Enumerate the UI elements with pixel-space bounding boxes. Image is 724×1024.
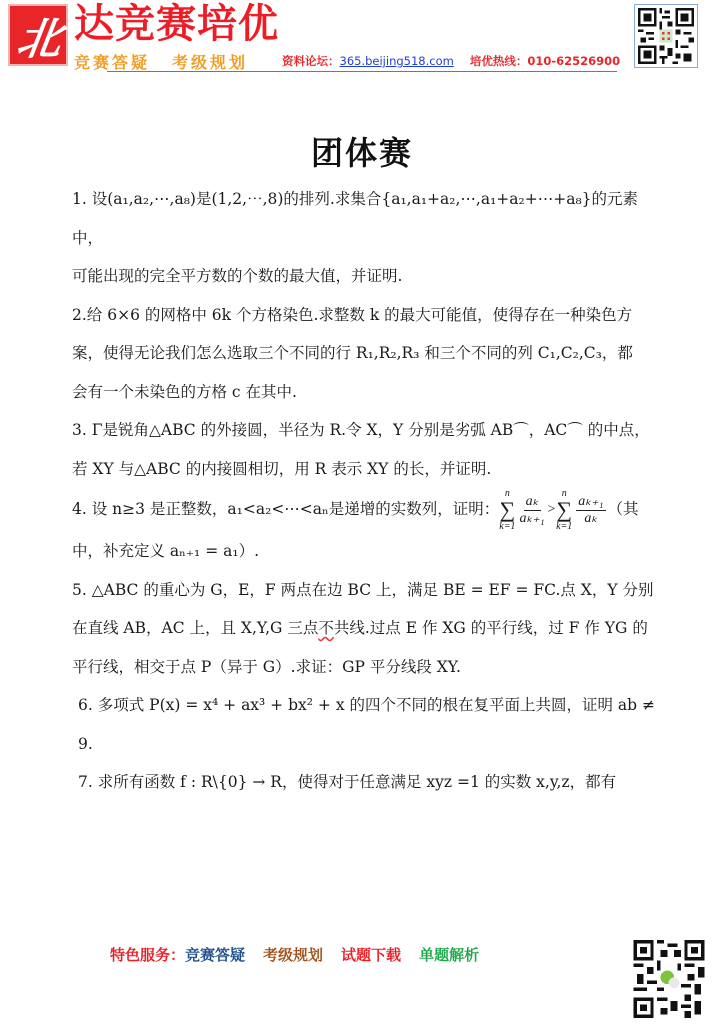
problem-list: 1. 设(a₁,a₂,⋯,a₈)是(1,2,⋯,8)的排列.求集合{a₁,a₁+… xyxy=(72,180,662,802)
tagline-right: 考级规划 xyxy=(172,53,248,72)
problem-2: 2.给 6×6 的网格中 6k 个方格染色.求整数 k 的最大可能值，使得存在一… xyxy=(72,296,662,412)
problem-number: 3. xyxy=(72,421,87,439)
problem-text: △ABC 的重心为 G，E，F 两点在边 BC 上，满足 BE = EF = F… xyxy=(92,581,654,599)
sigma-icon: ∑ xyxy=(500,499,516,521)
forum-link[interactable]: 365.beijing518.com xyxy=(340,54,454,68)
problem-text: 求所有函数 f : R\{0} → R，使得对于任意满足 xyz =1 的实数 … xyxy=(98,773,616,791)
problem-text: 设(a₁,a₂,⋯,a₈)是(1,2,⋯,8)的排列.求集合{a₁,a₁+a₂,… xyxy=(72,190,638,247)
spellcheck-mark: 不 xyxy=(318,619,334,637)
problem-text-cont: 中，补充定义 aₙ₊₁ = a₁）. xyxy=(72,532,662,571)
problem-4: 4. 设 n≥3 是正整数，a₁<a₂<⋯<aₙ是递增的实数列，证明：n∑k=1… xyxy=(72,488,662,571)
problem-text-cont: 会有一个未染色的方格 c 在其中. xyxy=(72,373,662,412)
hotline-label: 培优热线： xyxy=(470,54,528,68)
problem-6: 6. 多项式 P(x) = x⁴ + ax³ + bx² + x 的四个不同的根… xyxy=(72,686,662,763)
problem-3: 3. Γ是锐角△ABC 的外接圆，半径为 R.令 X，Y 分别是劣弧 AB⌒，A… xyxy=(72,411,662,488)
service-analysis[interactable]: 单题解析 xyxy=(419,946,479,964)
qr-code-icon xyxy=(634,4,698,68)
header-divider xyxy=(107,71,617,72)
tagline-left: 竞赛答疑 xyxy=(74,53,150,72)
problem-text: 给 6×6 的网格中 6k 个方格染色.求整数 k 的最大可能值，使得存在一种染… xyxy=(87,306,632,324)
contact-info: 资料论坛：365.beijing518.com培优热线：010-62526900 xyxy=(282,53,620,69)
services-label: 特色服务： xyxy=(110,946,185,964)
hotline-number: 010-62526900 xyxy=(527,54,620,68)
problem-text: 设 n≥3 是正整数，a₁<a₂<⋯<aₙ是递增的实数列，证明： xyxy=(92,500,500,518)
problem-text-cont: 案，使得无论我们怎么选取三个不同的行 R₁,R₂,R₃ 和三个不同的列 C₁,C… xyxy=(72,334,662,373)
problem-text-cont: 可能出现的完全平方数的个数的最大值，并证明. xyxy=(72,257,662,296)
service-download[interactable]: 试题下载 xyxy=(341,946,401,964)
problem-number: 6. xyxy=(78,696,93,714)
problem-5: 5. △ABC 的重心为 G，E，F 两点在边 BC 上，满足 BE = EF … xyxy=(72,571,662,687)
brand-logo: 北 xyxy=(8,4,68,66)
problem-number: 1. xyxy=(72,190,87,208)
footer-services: 特色服务：竞赛答疑考级规划试题下载单题解析 xyxy=(110,944,497,965)
problem-7: 7. 求所有函数 f : R\{0} → R，使得对于任意满足 xyz =1 的… xyxy=(72,763,662,802)
problem-text: Γ是锐角△ABC 的外接圆，半径为 R.令 X，Y 分别是劣弧 AB⌒，AC⌒ … xyxy=(92,421,650,439)
problem-number: 7. xyxy=(78,773,93,791)
service-planning[interactable]: 考级规划 xyxy=(263,946,323,964)
wechat-qr-code-icon xyxy=(633,940,705,1018)
problem-1: 1. 设(a₁,a₂,⋯,a₈)是(1,2,⋯,8)的排列.求集合{a₁,a₁+… xyxy=(72,180,662,296)
service-qa[interactable]: 竞赛答疑 xyxy=(185,946,245,964)
problem-text-cont: 若 XY 与△ABC 的内接圆相切，用 R 表示 XY 的长，并证明. xyxy=(72,450,662,489)
page-title: 团体赛 xyxy=(0,128,724,174)
brand-tagline: 竞赛答疑考级规划 xyxy=(74,50,248,73)
logo-glyph: 北 xyxy=(14,3,63,67)
sigma-icon: ∑ xyxy=(556,499,572,521)
problem-number: 4. xyxy=(72,500,87,518)
problem-number: 5. xyxy=(72,581,87,599)
problem-text: 多项式 P(x) = x⁴ + ax³ + bx² + x 的四个不同的根在复平… xyxy=(78,696,655,753)
page-header: 北 达竞赛培优 竞赛答疑考级规划 资料论坛：365.beijing518.com… xyxy=(0,0,724,80)
problem-text-cont: 平行线，相交于点 P（异于 G）.求证：GP 平分线段 XY. xyxy=(72,648,662,687)
forum-label: 资料论坛： xyxy=(282,54,340,68)
brand-name: 达竞赛培优 xyxy=(74,2,279,46)
problem-number: 2. xyxy=(72,306,87,324)
inequality-formula: n∑k=1aₖaₖ₊₁>n∑k=1aₖ₊₁aₖ xyxy=(499,488,607,532)
